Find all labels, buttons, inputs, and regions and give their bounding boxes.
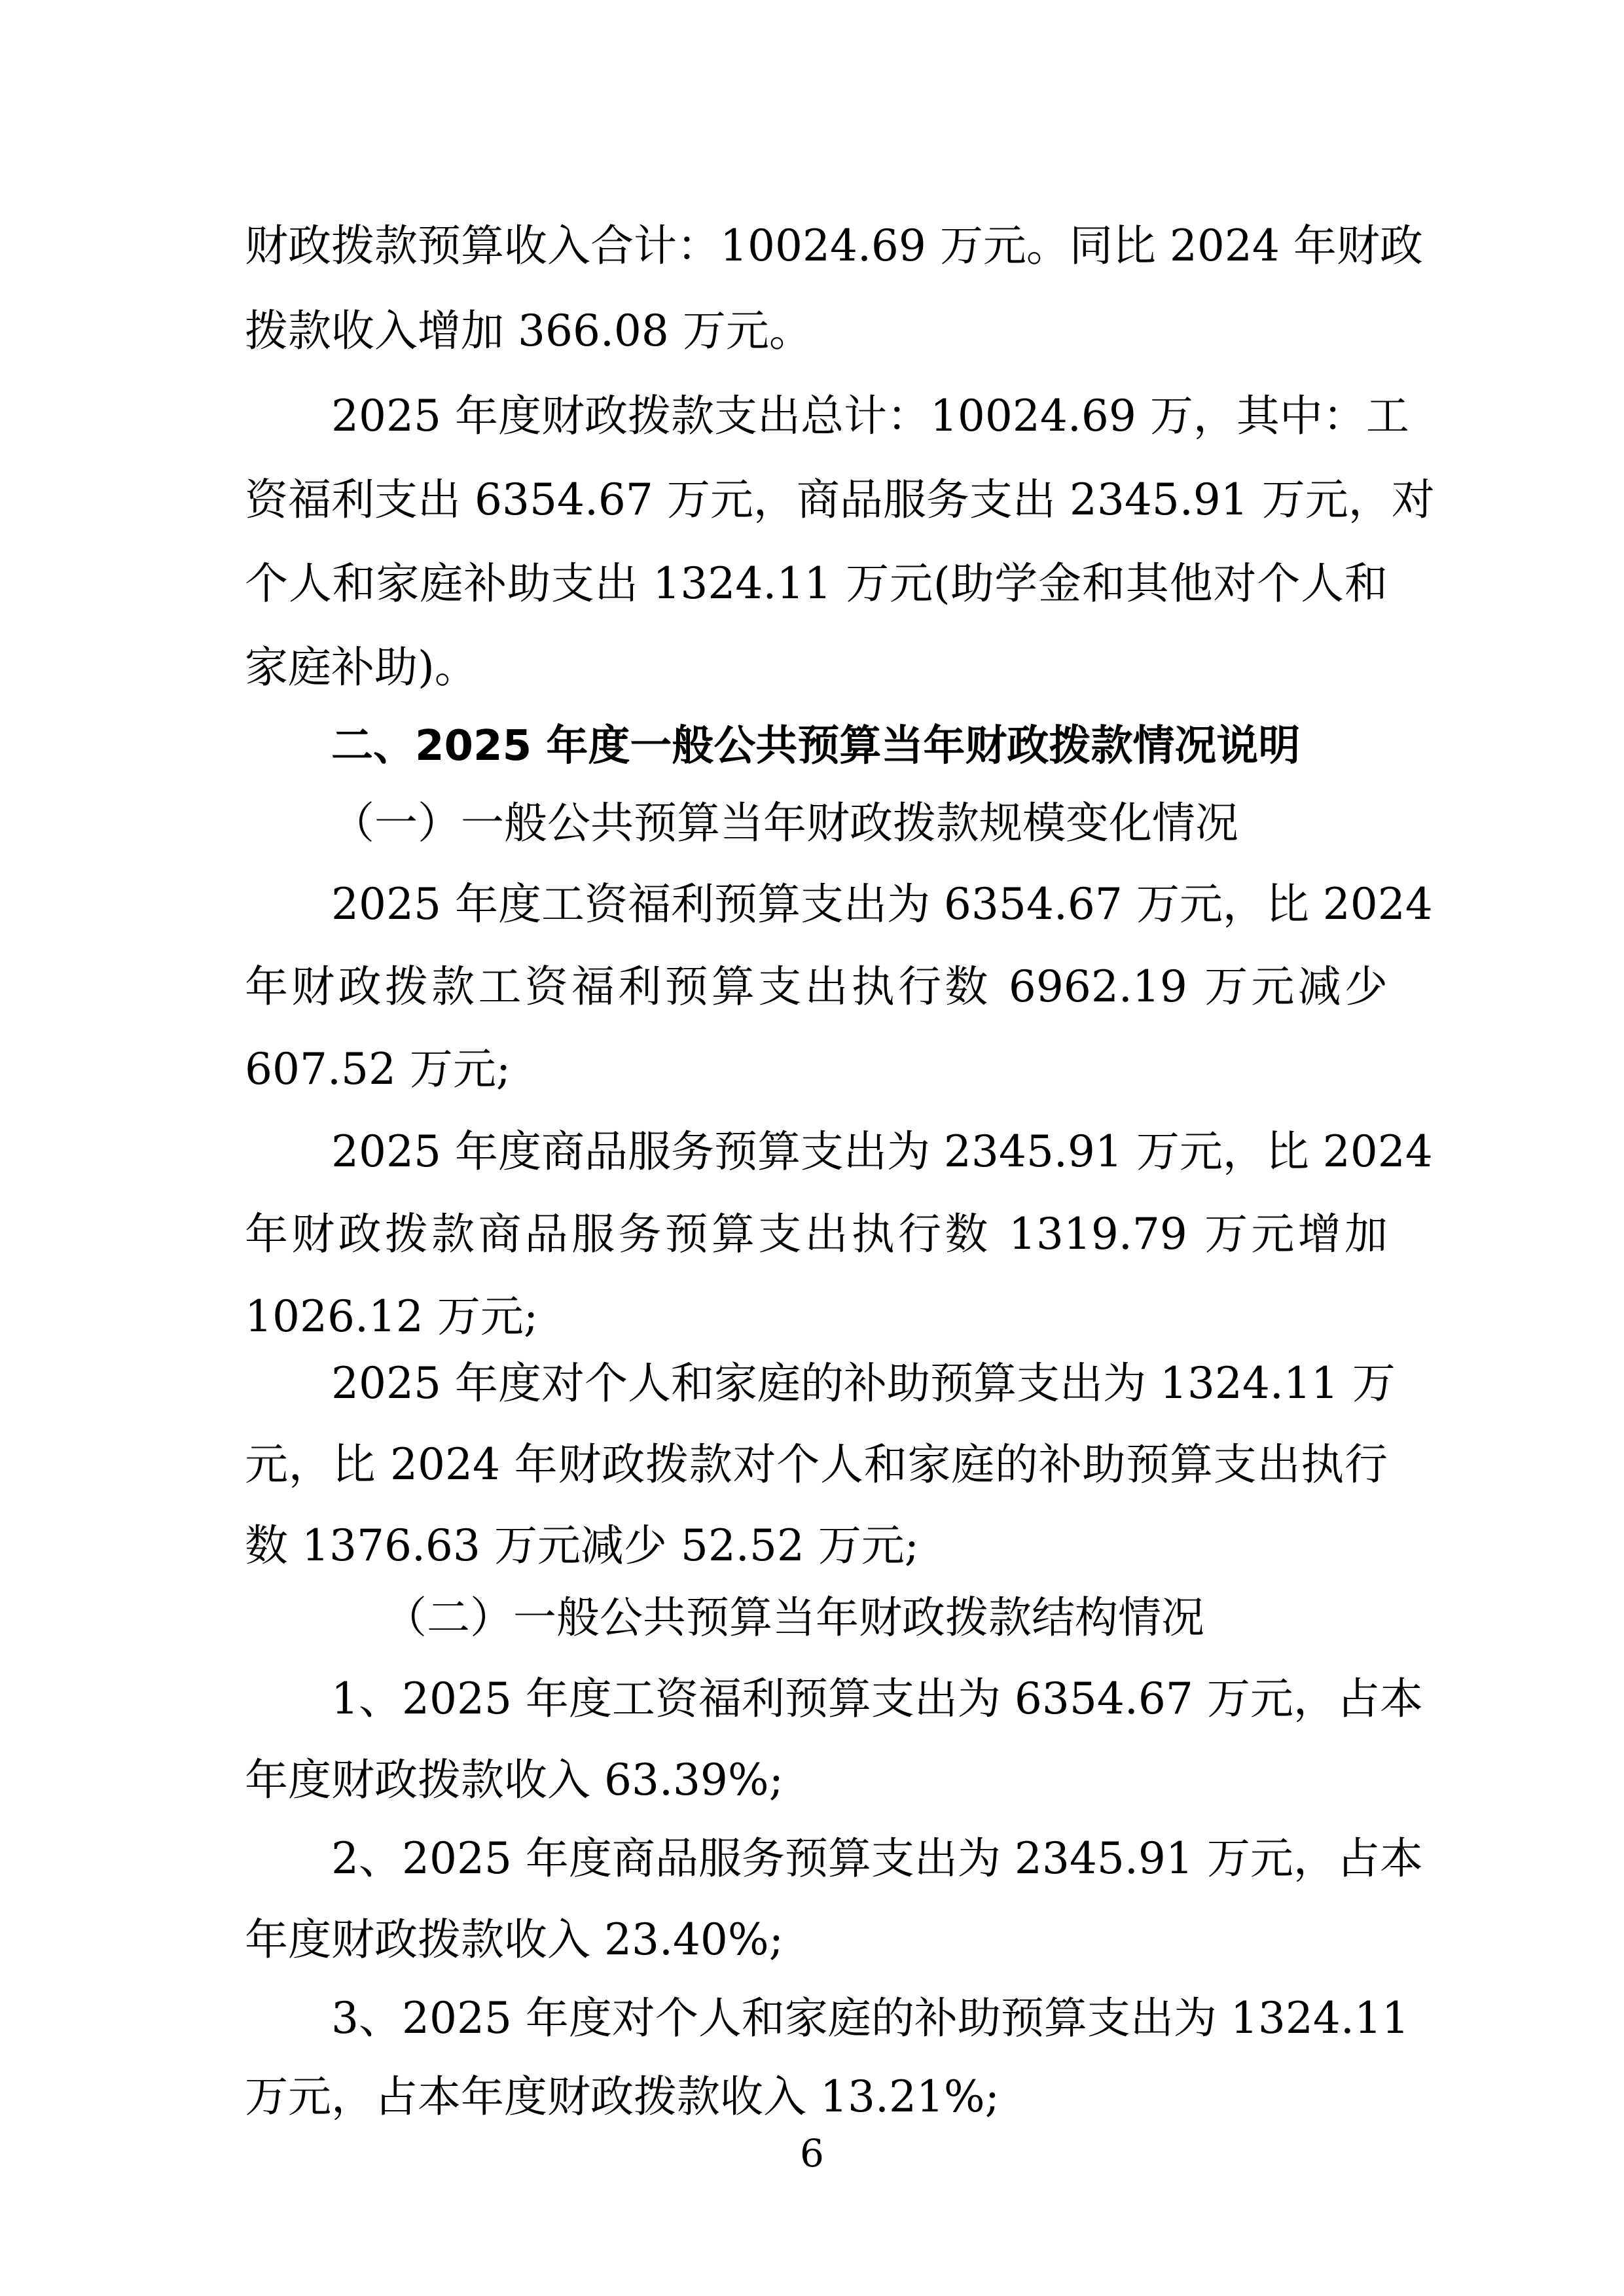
paragraph-line: 万元，占本年度财政拨款收入 13.21%; [245, 2058, 1388, 2136]
paragraph-line: 607.52 万元; [245, 1030, 1388, 1109]
paragraph-line: 元，比 2024 年财政拨款对个人和家庭的补助预算支出执行 [245, 1426, 1388, 1504]
paragraph-line: 年度财政拨款收入 63.39%; [245, 1741, 1388, 1820]
paragraph-line: 家庭补助)。 [245, 628, 1388, 707]
paragraph-line: 资福利支出 6354.67 万元，商品服务支出 2345.91 万元，对 [245, 461, 1388, 539]
paragraph-line: 2、2025 年度商品服务预算支出为 2345.91 万元，占本 [331, 1820, 1388, 1898]
paragraph-line: 年财政拨款商品服务预算支出执行数 1319.79 万元增加 [245, 1195, 1388, 1274]
paragraph-line: 拨款收入增加 366.08 万元。 [245, 292, 1388, 370]
paragraph-line: 2025 年度商品服务预算支出为 2345.91 万元，比 2024 [331, 1113, 1388, 1191]
paragraph-line: 年度财政拨款收入 23.40%; [245, 1901, 1388, 1979]
paragraph-line: 2025 年度工资福利预算支出为 6354.67 万元，比 2024 [331, 865, 1388, 944]
paragraph-line: 3、2025 年度对个人和家庭的补助预算支出为 1324.11 [331, 1979, 1388, 2058]
subsection-heading: （一）一般公共预算当年财政拨款规模变化情况 [331, 784, 1238, 863]
page-number: 6 [0, 2127, 1624, 2179]
paragraph-line: 2025 年度对个人和家庭的补助预算支出为 1324.11 万 [331, 1344, 1388, 1423]
paragraph-line: 年财政拨款工资福利预算支出执行数 6962.19 万元减少 [245, 948, 1388, 1026]
paragraph-line: 2025 年度财政拨款支出总计：10024.69 万，其中：工 [331, 377, 1388, 456]
paragraph-line: 财政拨款预算收入合计：10024.69 万元。同比 2024 年财政 [245, 207, 1388, 285]
paragraph-line: 个人和家庭补助支出 1324.11 万元(助学金和其他对个人和 [245, 545, 1388, 623]
section-heading: 二、2025 年度一般公共预算当年财政拨款情况说明 [331, 707, 1300, 785]
subsection-heading: （二）一般公共预算当年财政拨款结构情况 [384, 1579, 1204, 1657]
paragraph-line: 1、2025 年度工资福利预算支出为 6354.67 万元，占本 [331, 1660, 1388, 1738]
paragraph-line: 数 1376.63 万元减少 52.52 万元; [245, 1507, 1388, 1585]
